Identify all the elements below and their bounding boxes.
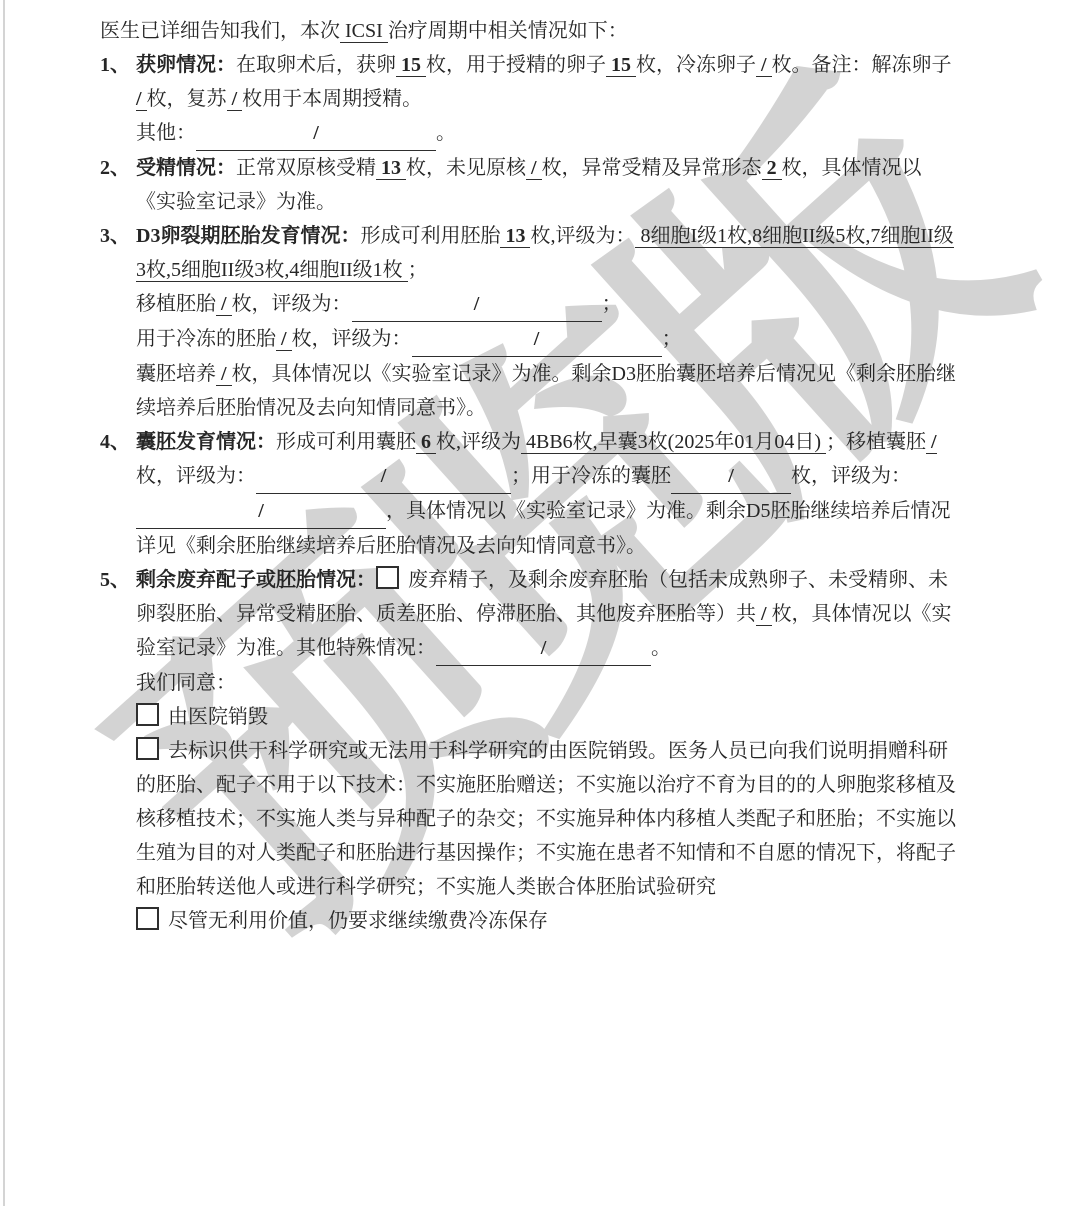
item-4-blastocyst-development: 4、囊胚发育情况：形成可利用囊胚 6 枚,评级为 4BB6枚,早囊3枚(2025… [100, 425, 960, 563]
text-run: ；用于冷冻的囊胚 [511, 465, 671, 487]
text-run: 形成可利用囊胚 [276, 431, 416, 453]
intro-line: 医生已详细告知我们，本次 ICSI 治疗周期中相关情况如下： [100, 14, 960, 48]
blank-field: / [436, 631, 651, 666]
text-run: ； [662, 328, 682, 350]
item-3-d3-embryo-development: 3、D3卵裂期胚胎发育情况：形成可利用胚胎 13 枚,评级为： 8细胞I级1枚,… [100, 219, 960, 425]
item-1-egg-retrieval-p1: 获卵情况：在取卵术后，获卵 15 枚，用于授精的卵子 15 枚，冷冻卵子 / 枚… [136, 48, 960, 116]
text-run: 枚，评级为： [292, 328, 412, 350]
text-run: 枚，冷冻卵子 [636, 54, 756, 76]
text-run: 其他： [136, 122, 196, 144]
text-run: / [136, 88, 147, 111]
text-run: 15 [396, 54, 426, 77]
text-run: 13 [500, 225, 530, 248]
text-run: / [227, 88, 243, 111]
text-run: 6 [416, 431, 436, 454]
text-run: ICSI [340, 20, 388, 43]
text-run: 枚，用于授精的卵子 [426, 54, 606, 76]
text-run: 医生已详细告知我们，本次 [100, 20, 340, 42]
item-5-discarded-gametes-embryos-p2: 我们同意： [136, 666, 960, 700]
blank-field: / [671, 459, 791, 494]
text-run: 剩余废弃配子或胚胎情况： [136, 569, 376, 591]
text-run: 枚，评级为： [232, 293, 352, 315]
item-number: 2、 [100, 151, 130, 185]
text-run: ； [602, 293, 622, 315]
blank-field: / [412, 322, 662, 357]
item-1-egg-retrieval: 1、获卵情况：在取卵术后，获卵 15 枚，用于授精的卵子 15 枚，冷冻卵子 /… [100, 48, 960, 151]
text-run: / [526, 157, 542, 180]
item-5-discarded-gametes-embryos-p1: 剩余废弃配子或胚胎情况：废弃精子，及剩余废弃胚胎（包括未成熟卵子、未受精卵、未卵… [136, 563, 960, 666]
text-run: / [216, 293, 232, 316]
text-run: 13 [376, 157, 406, 180]
item-5-discarded-gametes-embryos: 5、剩余废弃配子或胚胎情况：废弃精子，及剩余废弃胚胎（包括未成熟卵子、未受精卵、… [100, 563, 960, 938]
text-run: 正常双原核受精 [236, 157, 376, 179]
text-run: / [216, 363, 232, 386]
text-run: 4BB6枚,早囊3枚(2025年01月04日) [521, 431, 826, 454]
text-run: 治疗周期中相关情况如下： [388, 20, 628, 42]
text-run: 2 [762, 157, 782, 180]
text-run: 枚用于本周期授精。 [242, 88, 422, 110]
text-run: D3卵裂期胚胎发育情况： [136, 225, 360, 247]
item-5-discarded-gametes-embryos-p5: 尽管无利用价值，仍要求继续缴费冷冻保存 [136, 904, 960, 938]
blank-field: / [196, 116, 436, 151]
text-run: 受精情况： [136, 157, 236, 179]
item-5-discarded-gametes-embryos-p4: 去标识供于科学研究或无法用于科学研究的由医院销毁。医务人员已向我们说明捐赠科研的… [136, 734, 960, 904]
blank-field: / [256, 459, 511, 494]
checkbox-keep-frozen-paid[interactable] [136, 907, 159, 930]
document-page: 预览版 医生已详细告知我们，本次 ICSI 治疗周期中相关情况如下：1、获卵情况… [0, 0, 1080, 1206]
text-run: 枚，具体情况以《实验室记录》为准。剩余D3胚胎囊胚培养后情况见《剩余胚胎继续培养… [136, 363, 956, 419]
text-run: 枚，评级为： [136, 465, 256, 487]
text-run: 尽管无利用价值，仍要求继续缴费冷冻保存 [168, 910, 548, 932]
text-run: / [926, 431, 937, 454]
text-run: 由医院销毁 [168, 706, 268, 728]
item-number: 1、 [100, 48, 130, 82]
checkbox-discard-sperm[interactable] [376, 566, 399, 589]
item-2-fertilization: 2、受精情况：正常双原核受精 13 枚，未见原核 / 枚，异常受精及异常形态 2… [100, 151, 960, 219]
text-run: 。 [436, 122, 456, 144]
text-run: 枚。备注：解冻卵子 [772, 54, 952, 76]
text-run: ； [408, 259, 428, 281]
item-1-egg-retrieval-p2: 其他：/。 [136, 116, 960, 151]
item-number: 4、 [100, 425, 130, 459]
text-run: 15 [606, 54, 636, 77]
item-number: 5、 [100, 563, 130, 597]
item-4-blastocyst-development-p1: 囊胚发育情况：形成可利用囊胚 6 枚,评级为 4BB6枚,早囊3枚(2025年0… [136, 425, 960, 563]
item-3-d3-embryo-development-p4: 囊胚培养 / 枚，具体情况以《实验室记录》为准。剩余D3胚胎囊胚培养后情况见《剩… [136, 357, 960, 425]
text-run: 枚,评级为 [436, 431, 521, 453]
item-2-fertilization-p1: 受精情况：正常双原核受精 13 枚，未见原核 / 枚，异常受精及异常形态 2 枚… [136, 151, 960, 219]
text-run: 移植胚胎 [136, 293, 216, 315]
text-run: 在取卵术后，获卵 [236, 54, 396, 76]
text-run: 枚，复苏 [147, 88, 227, 110]
text-run: 去标识供于科学研究或无法用于科学研究的由医院销毁。医务人员已向我们说明捐赠科研的… [136, 740, 956, 898]
text-run: / [756, 603, 772, 626]
item-number: 3、 [100, 219, 130, 253]
item-5-discarded-gametes-embryos-p3: 由医院销毁 [136, 700, 960, 734]
item-3-d3-embryo-development-p1: D3卵裂期胚胎发育情况：形成可利用胚胎 13 枚,评级为： 8细胞I级1枚,8细… [136, 219, 960, 287]
item-3-d3-embryo-development-p2: 移植胚胎 / 枚，评级为：/； [136, 287, 960, 322]
text-run: 我们同意： [136, 672, 236, 694]
text-run: / [276, 328, 292, 351]
text-run: 形成可利用胚胎 [360, 225, 500, 247]
item-3-d3-embryo-development-p3: 用于冷冻的胚胎 / 枚，评级为：/； [136, 322, 960, 357]
text-run: ；移植囊胚 [826, 431, 926, 453]
checkbox-destroy-by-hospital[interactable] [136, 703, 159, 726]
checkbox-deidentify-for-research[interactable] [136, 737, 159, 760]
consent-form-body: 医生已详细告知我们，本次 ICSI 治疗周期中相关情况如下：1、获卵情况：在取卵… [100, 14, 960, 938]
text-run: 囊胚培养 [136, 363, 216, 385]
page-edge-line [3, 0, 5, 1206]
blank-field: / [352, 287, 602, 322]
text-run: 枚,评级为： [530, 225, 635, 247]
text-run: 。 [651, 637, 671, 659]
text-run: 枚，评级为： [791, 465, 911, 487]
text-run: 获卵情况： [136, 54, 236, 76]
text-run: 枚，未见原核 [406, 157, 526, 179]
text-run: 囊胚发育情况： [136, 431, 276, 453]
text-run: 用于冷冻的胚胎 [136, 328, 276, 350]
text-run: 枚，异常受精及异常形态 [542, 157, 762, 179]
text-run: / [756, 54, 772, 77]
blank-field: / [136, 494, 386, 529]
